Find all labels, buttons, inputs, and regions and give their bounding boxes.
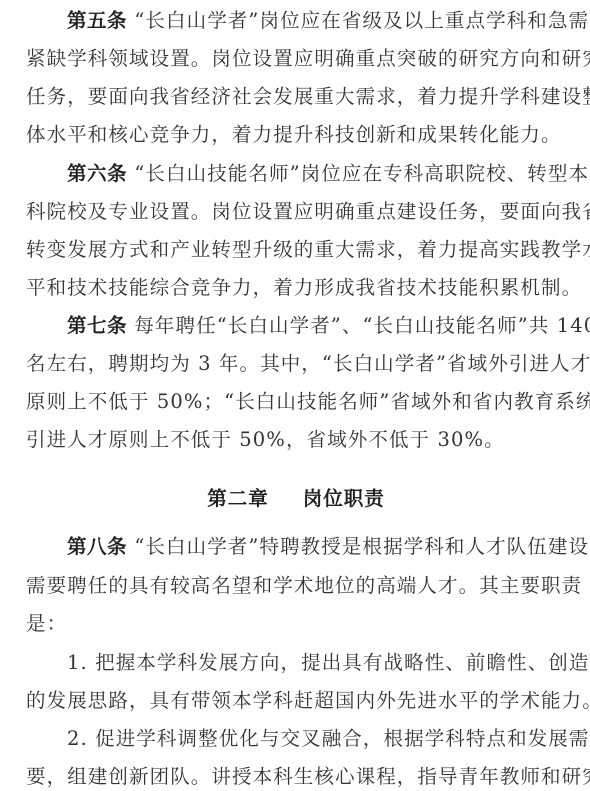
article-5-line-4: 体水平和核心竞争力，着力提升科技创新和成果转化能力。: [26, 120, 562, 150]
chapter-number: 第二章: [207, 487, 269, 510]
article-7-text: 每年聘任“长白山学者”、“长白山技能名师”共 140: [134, 314, 590, 337]
duty-item-1-line-2: 的发展思路，具有带领本学科赶超国内外先进水平的学术能力。: [26, 686, 590, 716]
article-5-text: “长白山学者”岗位应在省级及以上重点学科和急需、: [134, 9, 590, 32]
article-7-line-4: 引进人才原则上不低于 50%，省域外不低于 30%。: [26, 425, 505, 455]
article-8-line-2: 需要聘任的具有较高名望和学术地位的高端人才。其主要职责: [26, 571, 582, 601]
article-8-heading: 第八条: [67, 535, 127, 558]
duty-item-1-line-1: 1. 把握本学科发展方向，提出具有战略性、前瞻性、创造性: [67, 648, 590, 678]
article-6-line-3: 转变发展方式和产业转型升级的重大需求，着力提高实践教学水: [26, 235, 590, 265]
article-7-line-1: 第七条 每年聘任“长白山学者”、“长白山技能名师”共 140: [67, 311, 590, 341]
article-8-text: “长白山学者”特聘教授是根据学科和人才队伍建设: [134, 535, 589, 558]
duty-item-2-line-1: 2. 促进学科调整优化与交叉融合，根据学科特点和发展需: [67, 724, 590, 754]
article-7-line-2: 名左右，聘期均为 3 年。其中，“长白山学者”省域外引进人才: [26, 349, 590, 379]
article-8-line-1: 第八条 “长白山学者”特聘教授是根据学科和人才队伍建设: [67, 532, 589, 562]
article-6-heading: 第六条: [67, 162, 127, 185]
article-6-line-1: 第六条 “长白山技能名师”岗位应在专科高职院校、转型本: [67, 159, 589, 189]
article-5-line-1: 第五条 “长白山学者”岗位应在省级及以上重点学科和急需、: [67, 6, 590, 36]
article-8-line-3: 是：: [26, 609, 67, 639]
chapter-heading: 第二章岗位职责: [26, 483, 566, 511]
article-6-text: “长白山技能名师”岗位应在专科高职院校、转型本: [134, 162, 589, 185]
chapter-title: 岗位职责: [303, 487, 385, 510]
duty-item-2-line-2: 要，组建创新团队。讲授本科生核心课程，指导青年教师和研究: [26, 762, 590, 791]
article-5-line-3: 任务，要面向我省经济社会发展重大需求，着力提升学科建设整: [26, 82, 590, 112]
article-7-heading: 第七条: [67, 314, 127, 337]
article-5-heading: 第五条: [67, 9, 127, 32]
article-6-line-2: 科院校及专业设置。岗位设置应明确重点建设任务，要面向我省: [26, 197, 590, 227]
article-5-line-2: 紧缺学科领域设置。岗位设置应明确重点突破的研究方向和研究: [26, 44, 590, 74]
article-7-line-3: 原则上不低于 50%；“长白山技能名师”省域外和省内教育系统外: [26, 387, 590, 417]
article-6-line-4: 平和技术技能综合竞争力，着力形成我省技术技能积累机制。: [26, 273, 582, 303]
